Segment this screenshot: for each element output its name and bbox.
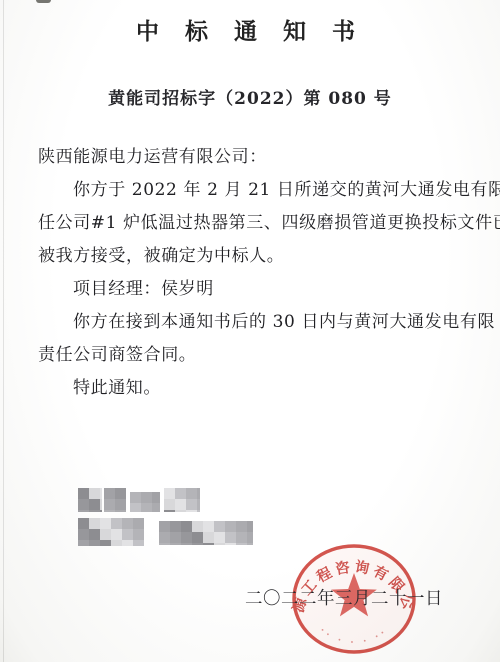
redaction-cell (197, 510, 200, 512)
body-line: 项目经理：侯岁明 (38, 273, 466, 306)
redaction-cell (100, 488, 102, 499)
redaction-cell (100, 540, 111, 546)
body-line: 责任公司商签合同。 (38, 339, 466, 372)
redaction-cell (122, 540, 133, 546)
redaction-cell (133, 540, 144, 546)
redaction-cell (100, 510, 102, 512)
redaction-cell (130, 503, 141, 512)
redaction-cell (186, 499, 197, 510)
redaction-cell (192, 521, 203, 532)
redaction-cell (192, 543, 203, 545)
redaction-cell (197, 488, 200, 499)
redaction-cell (78, 540, 89, 546)
redaction-cell (89, 499, 100, 510)
redaction-cell (170, 532, 181, 543)
body-line: 你方在接到本通知书后的 30 日内与黄河大通发电有限 (38, 306, 466, 339)
redaction-cell (130, 492, 141, 503)
redaction-cell (104, 510, 115, 512)
redaction-cell (78, 499, 89, 510)
redaction-cell (133, 529, 144, 540)
body-line: 被我方接受，被确定为中标人。 (38, 240, 466, 273)
document-date: 二〇二二年三月二十一日 (245, 585, 443, 610)
redaction-cell (181, 521, 192, 532)
redaction-cell (225, 521, 236, 532)
redaction-cell (159, 543, 170, 545)
redaction-cell (203, 521, 214, 532)
redaction-cell (247, 521, 253, 532)
redaction-block (164, 488, 200, 512)
body-line: 你方于 2022 年 2 月 21 日所递交的黄河大通发电有限责 (38, 174, 466, 207)
redaction-cell (214, 532, 225, 543)
redaction-cell (100, 499, 102, 510)
redaction-cell (170, 543, 181, 545)
photo-top-smudge (36, 0, 51, 3)
redaction-cell (78, 488, 89, 499)
redaction-cell (100, 529, 111, 540)
redaction-block (130, 492, 160, 512)
redaction-cell (175, 499, 186, 510)
document-body: 陕西能源电力运营有限公司：你方于 2022 年 2 月 21 日所递交的黄河大通… (38, 141, 466, 405)
body-line: 任公司#1 炉低温过热器第三、四级磨损管道更换投标文件已 (38, 207, 466, 240)
redaction-cell (192, 532, 203, 543)
body-line: 陕西能源电力运营有限公司： (38, 141, 466, 174)
redaction-cell (203, 543, 214, 545)
redaction-cell (111, 540, 122, 546)
redaction-cell (175, 510, 186, 512)
redaction-cell (236, 543, 247, 545)
redaction-cell (89, 540, 100, 546)
redaction-cell (214, 521, 225, 532)
redaction-cell (159, 521, 170, 532)
redaction-cell (175, 488, 186, 499)
redaction-cell (104, 488, 115, 499)
redaction-cell (89, 510, 100, 512)
redaction-cell (78, 510, 89, 512)
redaction-cell (197, 499, 200, 510)
redaction-cell (247, 543, 253, 545)
redaction-cell (152, 503, 160, 512)
redaction-cell (100, 518, 111, 529)
redaction-cell (225, 543, 236, 545)
redaction-cell (78, 518, 89, 529)
redaction-cell (141, 503, 152, 512)
redaction-cell (111, 529, 122, 540)
redaction-cell (181, 543, 192, 545)
redaction-cell (214, 543, 225, 545)
redaction-cell (115, 499, 126, 510)
redaction-cell (89, 488, 100, 499)
redaction-cell (164, 510, 175, 512)
redaction-cell (159, 532, 170, 543)
redaction-block (78, 488, 102, 512)
redaction-cell (164, 499, 175, 510)
redaction-cell (170, 521, 181, 532)
redaction-cell (122, 518, 133, 529)
redaction-cell (186, 488, 197, 499)
redaction-cell (203, 532, 214, 543)
redaction-cell (181, 532, 192, 543)
redaction-cell (115, 510, 126, 512)
redaction-cell (78, 529, 89, 540)
redaction-cell (104, 499, 115, 510)
redaction-cell (111, 518, 122, 529)
redaction-cell (152, 492, 160, 503)
redaction-cell (236, 532, 247, 543)
redaction-cell (89, 518, 100, 529)
redaction-cell (225, 532, 236, 543)
redaction-block (104, 488, 126, 512)
document-number: 黄能司招标字（2022）第 080 号 (0, 84, 500, 109)
document-title: 中 标 通 知 书 (0, 13, 500, 46)
redaction-cell (115, 488, 126, 499)
redaction-block (159, 521, 253, 545)
body-line: 特此通知。 (38, 372, 466, 405)
redaction-cell (89, 529, 100, 540)
redaction-cell (164, 488, 175, 499)
redaction-cell (247, 532, 253, 543)
redaction-cell (133, 518, 144, 529)
redaction-cell (141, 492, 152, 503)
award-notice-document: 中 标 通 知 书 黄能司招标字（2022）第 080 号 陕西能源电力运营有限… (0, 0, 500, 662)
redaction-cell (236, 521, 247, 532)
redaction-cell (186, 510, 197, 512)
redaction-cell (122, 529, 133, 540)
redaction-block (78, 518, 144, 546)
